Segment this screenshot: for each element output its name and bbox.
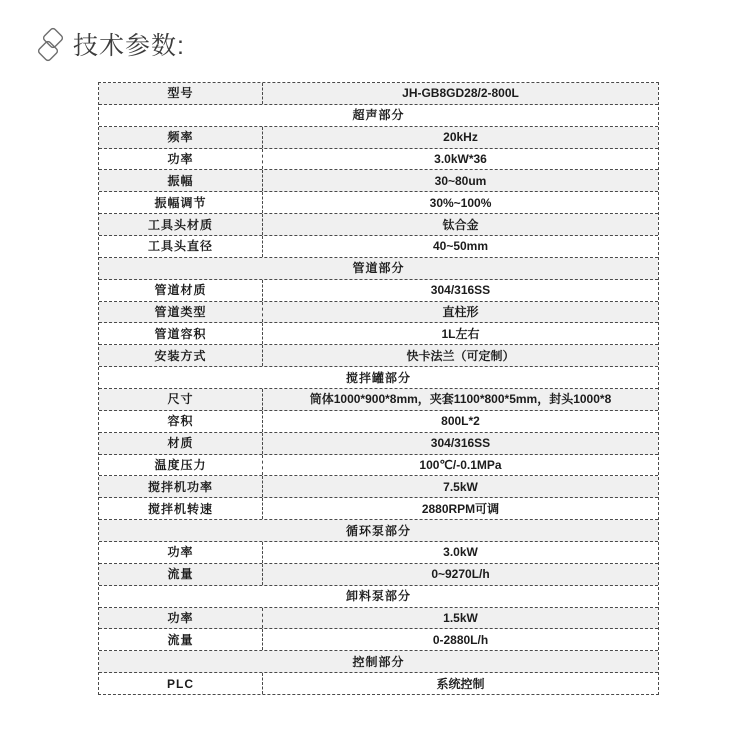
spec-row: 管道材质304/316SS xyxy=(99,280,658,302)
spec-row: 功率3.0kW*36 xyxy=(99,149,658,171)
spec-row: 容积800L*2 xyxy=(99,411,658,433)
spec-label: 型号 xyxy=(99,83,263,104)
spec-row: 安装方式快卡法兰（可定制） xyxy=(99,345,658,367)
section-row: 搅拌罐部分 xyxy=(99,367,658,389)
spec-label: 流量 xyxy=(99,629,263,650)
spec-value: 筒体1000*900*8mm，夹套1100*800*5mm，封头1000*8 xyxy=(263,389,658,410)
spec-row: 流量0~9270L/h xyxy=(99,564,658,586)
spec-label: 管道类型 xyxy=(99,302,263,323)
spec-label: 流量 xyxy=(99,564,263,585)
section-title: 卸料泵部分 xyxy=(99,586,658,607)
page-header: 技术参数: xyxy=(36,26,185,66)
spec-label: 功率 xyxy=(99,149,263,170)
spec-row: 振幅30~80um xyxy=(99,170,658,192)
section-title: 控制部分 xyxy=(99,651,658,672)
spec-label: 频率 xyxy=(99,127,263,148)
spec-row: 流量0-2880L/h xyxy=(99,629,658,651)
spec-label: 功率 xyxy=(99,608,263,629)
spec-value: JH-GB8GD28/2-800L xyxy=(263,83,658,104)
spec-label: 搅拌机功率 xyxy=(99,476,263,497)
spec-label: 容积 xyxy=(99,411,263,432)
section-row: 超声部分 xyxy=(99,105,658,127)
spec-value: 1.5kW xyxy=(263,608,658,629)
spec-row: 材质304/316SS xyxy=(99,433,658,455)
spec-value: 0~9270L/h xyxy=(263,564,658,585)
spec-value: 20kHz xyxy=(263,127,658,148)
section-row: 循环泵部分 xyxy=(99,520,658,542)
spec-row: 型号JH-GB8GD28/2-800L xyxy=(99,83,658,105)
spec-row: 工具头材质钛合金 xyxy=(99,214,658,236)
spec-table: 型号JH-GB8GD28/2-800L超声部分频率20kHz功率3.0kW*36… xyxy=(98,82,659,695)
spec-value: 30%~100% xyxy=(263,192,658,213)
spec-label: 尺寸 xyxy=(99,389,263,410)
spec-value: 800L*2 xyxy=(263,411,658,432)
spec-row: 搅拌机转速2880RPM可调 xyxy=(99,498,658,520)
stacked-diamonds-icon xyxy=(36,26,66,66)
spec-value: 2880RPM可调 xyxy=(263,498,658,519)
spec-row: 频率20kHz xyxy=(99,127,658,149)
page-title: 技术参数: xyxy=(73,26,185,66)
page: 技术参数: 型号JH-GB8GD28/2-800L超声部分频率20kHz功率3.… xyxy=(0,0,750,729)
spec-value: 钛合金 xyxy=(263,214,658,235)
section-row: 卸料泵部分 xyxy=(99,586,658,608)
spec-value: 系统控制 xyxy=(263,673,658,694)
spec-value: 40~50mm xyxy=(263,236,658,257)
spec-row: 振幅调节30%~100% xyxy=(99,192,658,214)
spec-label: 管道材质 xyxy=(99,280,263,301)
spec-row: 功率3.0kW xyxy=(99,542,658,564)
spec-label: 搅拌机转速 xyxy=(99,498,263,519)
section-title: 循环泵部分 xyxy=(99,520,658,541)
spec-label: 安装方式 xyxy=(99,345,263,366)
section-title: 超声部分 xyxy=(99,105,658,126)
spec-row: 尺寸筒体1000*900*8mm，夹套1100*800*5mm，封头1000*8 xyxy=(99,389,658,411)
spec-label: 工具头材质 xyxy=(99,214,263,235)
spec-label: PLC xyxy=(99,673,263,694)
spec-value: 快卡法兰（可定制） xyxy=(263,345,658,366)
spec-value: 3.0kW xyxy=(263,542,658,563)
spec-value: 100℃/-0.1MPa xyxy=(263,455,658,476)
spec-value: 304/316SS xyxy=(263,280,658,301)
spec-row: PLC系统控制 xyxy=(99,673,658,694)
spec-row: 搅拌机功率7.5kW xyxy=(99,476,658,498)
section-title: 管道部分 xyxy=(99,258,658,279)
spec-row: 工具头直径40~50mm xyxy=(99,236,658,258)
spec-row: 功率1.5kW xyxy=(99,608,658,630)
spec-label: 管道容积 xyxy=(99,323,263,344)
section-row: 控制部分 xyxy=(99,651,658,673)
spec-value: 304/316SS xyxy=(263,433,658,454)
section-row: 管道部分 xyxy=(99,258,658,280)
spec-row: 管道容积1L左右 xyxy=(99,323,658,345)
spec-label: 温度压力 xyxy=(99,455,263,476)
spec-label: 振幅调节 xyxy=(99,192,263,213)
spec-row: 管道类型直柱形 xyxy=(99,302,658,324)
spec-label: 材质 xyxy=(99,433,263,454)
spec-label: 振幅 xyxy=(99,170,263,191)
spec-label: 功率 xyxy=(99,542,263,563)
spec-value: 7.5kW xyxy=(263,476,658,497)
spec-value: 直柱形 xyxy=(263,302,658,323)
spec-value: 3.0kW*36 xyxy=(263,149,658,170)
spec-value: 30~80um xyxy=(263,170,658,191)
spec-row: 温度压力100℃/-0.1MPa xyxy=(99,455,658,477)
section-title: 搅拌罐部分 xyxy=(99,367,658,388)
spec-value: 0-2880L/h xyxy=(263,629,658,650)
spec-value: 1L左右 xyxy=(263,323,658,344)
spec-label: 工具头直径 xyxy=(99,236,263,257)
